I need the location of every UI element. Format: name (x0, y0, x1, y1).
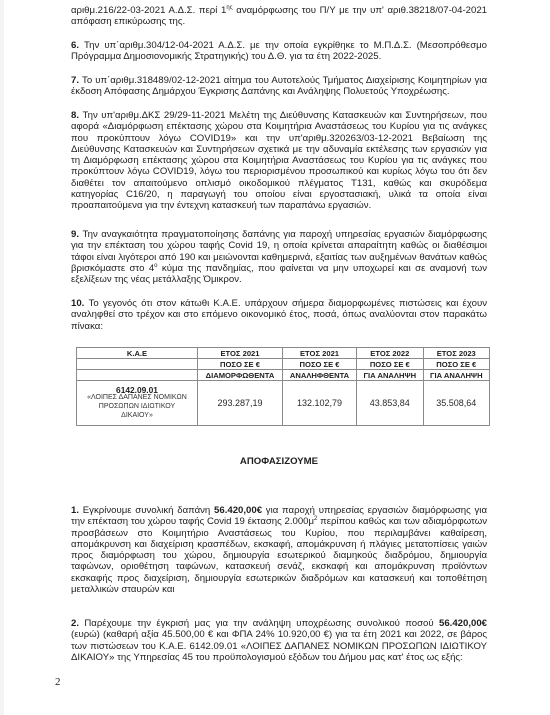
text-segment: Εγκρίνουμε συνολική δαπάνη (83, 505, 214, 516)
page-number: 2 (55, 676, 61, 688)
amount-value: 293.287,19 (198, 381, 283, 426)
paragraph-number: 2. (71, 618, 84, 629)
decision-heading: ΑΠΟΦΑΣΙΖΟΥΜΕ (71, 456, 487, 467)
paragraph-5-continuation: αριθμ.216/22-03-2021 Α.Δ.Σ. περί 1ης ανα… (71, 5, 487, 28)
paragraph-7: 7. Το υπ΄αριθμ.318489/02-12-2021 αίτημα … (71, 75, 487, 98)
col-year: ΕΤΟΣ 2021 (282, 348, 356, 359)
decision-1: 1. Εγκρίνουμε συνολική δαπάνη 56.420,00€… (71, 505, 487, 595)
paragraph-number: 8. (71, 110, 83, 121)
text-segment: περίπου καθώς και των αδιαμόρφωτων προσβ… (71, 516, 487, 595)
amount-value: 35.508,64 (423, 381, 489, 426)
col-amount-label: ΠΟΣΟ ΣΕ € (198, 359, 283, 370)
paragraph-9: 9. Την αναγκαιότητα πραγματοποίησης δαπά… (71, 229, 487, 285)
paragraph-text: Το γεγονός ότι στον κάτωθι Κ.Α.Ε. υπάρχο… (71, 298, 487, 332)
paragraph-text: Το υπ΄αριθμ.318489/02-12-2021 αίτημα του… (71, 75, 487, 97)
kae-description: ΠΡΟΣΩΠΩΝ ΙΔΙΩΤΙΚΟΥ (79, 403, 195, 412)
paragraph-6: 6. Την υπ΄αριθμ.304/12-04-2021 Α.Δ.Σ. με… (71, 40, 487, 63)
col-status: ΑΝΑΛΗΦΘΕΝΤΑ (282, 370, 356, 381)
kae-description: ΔΙΚΑΙΟΥ» (79, 412, 195, 421)
text-segment: (ευρώ) (καθαρή αξία 45.500,00 € και ΦΠΑ … (71, 629, 487, 663)
empty-cell (77, 359, 198, 370)
paragraph-number: 10. (71, 298, 89, 309)
amount-value: 43.853,84 (357, 381, 423, 426)
paragraph-text: Την υπ΄αριθμ.304/12-04-2021 Α.Δ.Σ. με τη… (71, 40, 487, 62)
paragraph-text: Την υπ'αριθμ.ΔΚΣ 29/29-11-2021 Μελέτη τη… (71, 110, 487, 211)
table-row: Κ.Α.Ε ΕΤΟΣ 2021 ΕΤΟΣ 2021 ΕΤΟΣ 2022 ΕΤΟΣ… (77, 348, 490, 359)
bold-amount: 56.420,00€ (214, 505, 262, 516)
table-row: ΔΙΑΜΟΡΦΩΘΕΝΤΑ ΑΝΑΛΗΦΘΕΝΤΑ ΓΙΑ ΑΝΑΛΗΨΗ ΓΙ… (77, 370, 490, 381)
kae-code-cell: 6142.09.01 «ΛΟΙΠΕΣ ΔΑΠΑΝΕΣ ΝΟΜΙΚΩΝ ΠΡΟΣΩ… (77, 381, 198, 426)
paragraph-8: 8. Την υπ'αριθμ.ΔΚΣ 29/29-11-2021 Μελέτη… (71, 110, 487, 212)
col-year: ΕΤΟΣ 2023 (423, 348, 489, 359)
text-segment: Παρέχουμε την έγκρισή μας για την ανάληψ… (84, 618, 439, 629)
bold-amount: 56.420,00€ (439, 618, 487, 629)
kae-description: «ΛΟΙΠΕΣ ΔΑΠΑΝΕΣ ΝΟΜΙΚΩΝ (79, 394, 195, 403)
kae-code: 6142.09.01 (79, 386, 195, 395)
paragraph-number: 9. (71, 229, 82, 240)
kae-budget-table: Κ.Α.Ε ΕΤΟΣ 2021 ΕΤΟΣ 2021 ΕΤΟΣ 2022 ΕΤΟΣ… (76, 347, 490, 426)
table-row: ΠΟΣΟ ΣΕ € ΠΟΣΟ ΣΕ € ΠΟΣΟ ΣΕ € ΠΟΣΟ ΣΕ € (77, 359, 490, 370)
col-amount-label: ΠΟΣΟ ΣΕ € (423, 359, 489, 370)
col-year: ΕΤΟΣ 2021 (198, 348, 283, 359)
kae-header: Κ.Α.Ε (77, 348, 198, 359)
col-amount-label: ΠΟΣΟ ΣΕ € (282, 359, 356, 370)
col-status: ΓΙΑ ΑΝΑΛΗΨΗ (423, 370, 489, 381)
paragraph-number: 1. (71, 505, 83, 516)
page-margin (0, 0, 4, 715)
text-segment: αριθμ.216/22-03-2021 Α.Δ.Σ. περί 1 (71, 5, 226, 16)
table-row: 6142.09.01 «ΛΟΙΠΕΣ ΔΑΠΑΝΕΣ ΝΟΜΙΚΩΝ ΠΡΟΣΩ… (77, 381, 490, 426)
amount-value: 132.102,79 (282, 381, 356, 426)
empty-cell (77, 370, 198, 381)
col-year: ΕΤΟΣ 2022 (357, 348, 423, 359)
col-status: ΓΙΑ ΑΝΑΛΗΨΗ (357, 370, 423, 381)
col-status: ΔΙΑΜΟΡΦΩΘΕΝΤΑ (198, 370, 283, 381)
paragraph-number: 7. (71, 75, 82, 86)
paragraph-number: 6. (71, 40, 84, 51)
col-amount-label: ΠΟΣΟ ΣΕ € (357, 359, 423, 370)
decision-2: 2. Παρέχουμε την έγκρισή μας για την ανά… (71, 618, 487, 663)
paragraph-10: 10. Το γεγονός ότι στον κάτωθι Κ.Α.Ε. υπ… (71, 298, 487, 332)
